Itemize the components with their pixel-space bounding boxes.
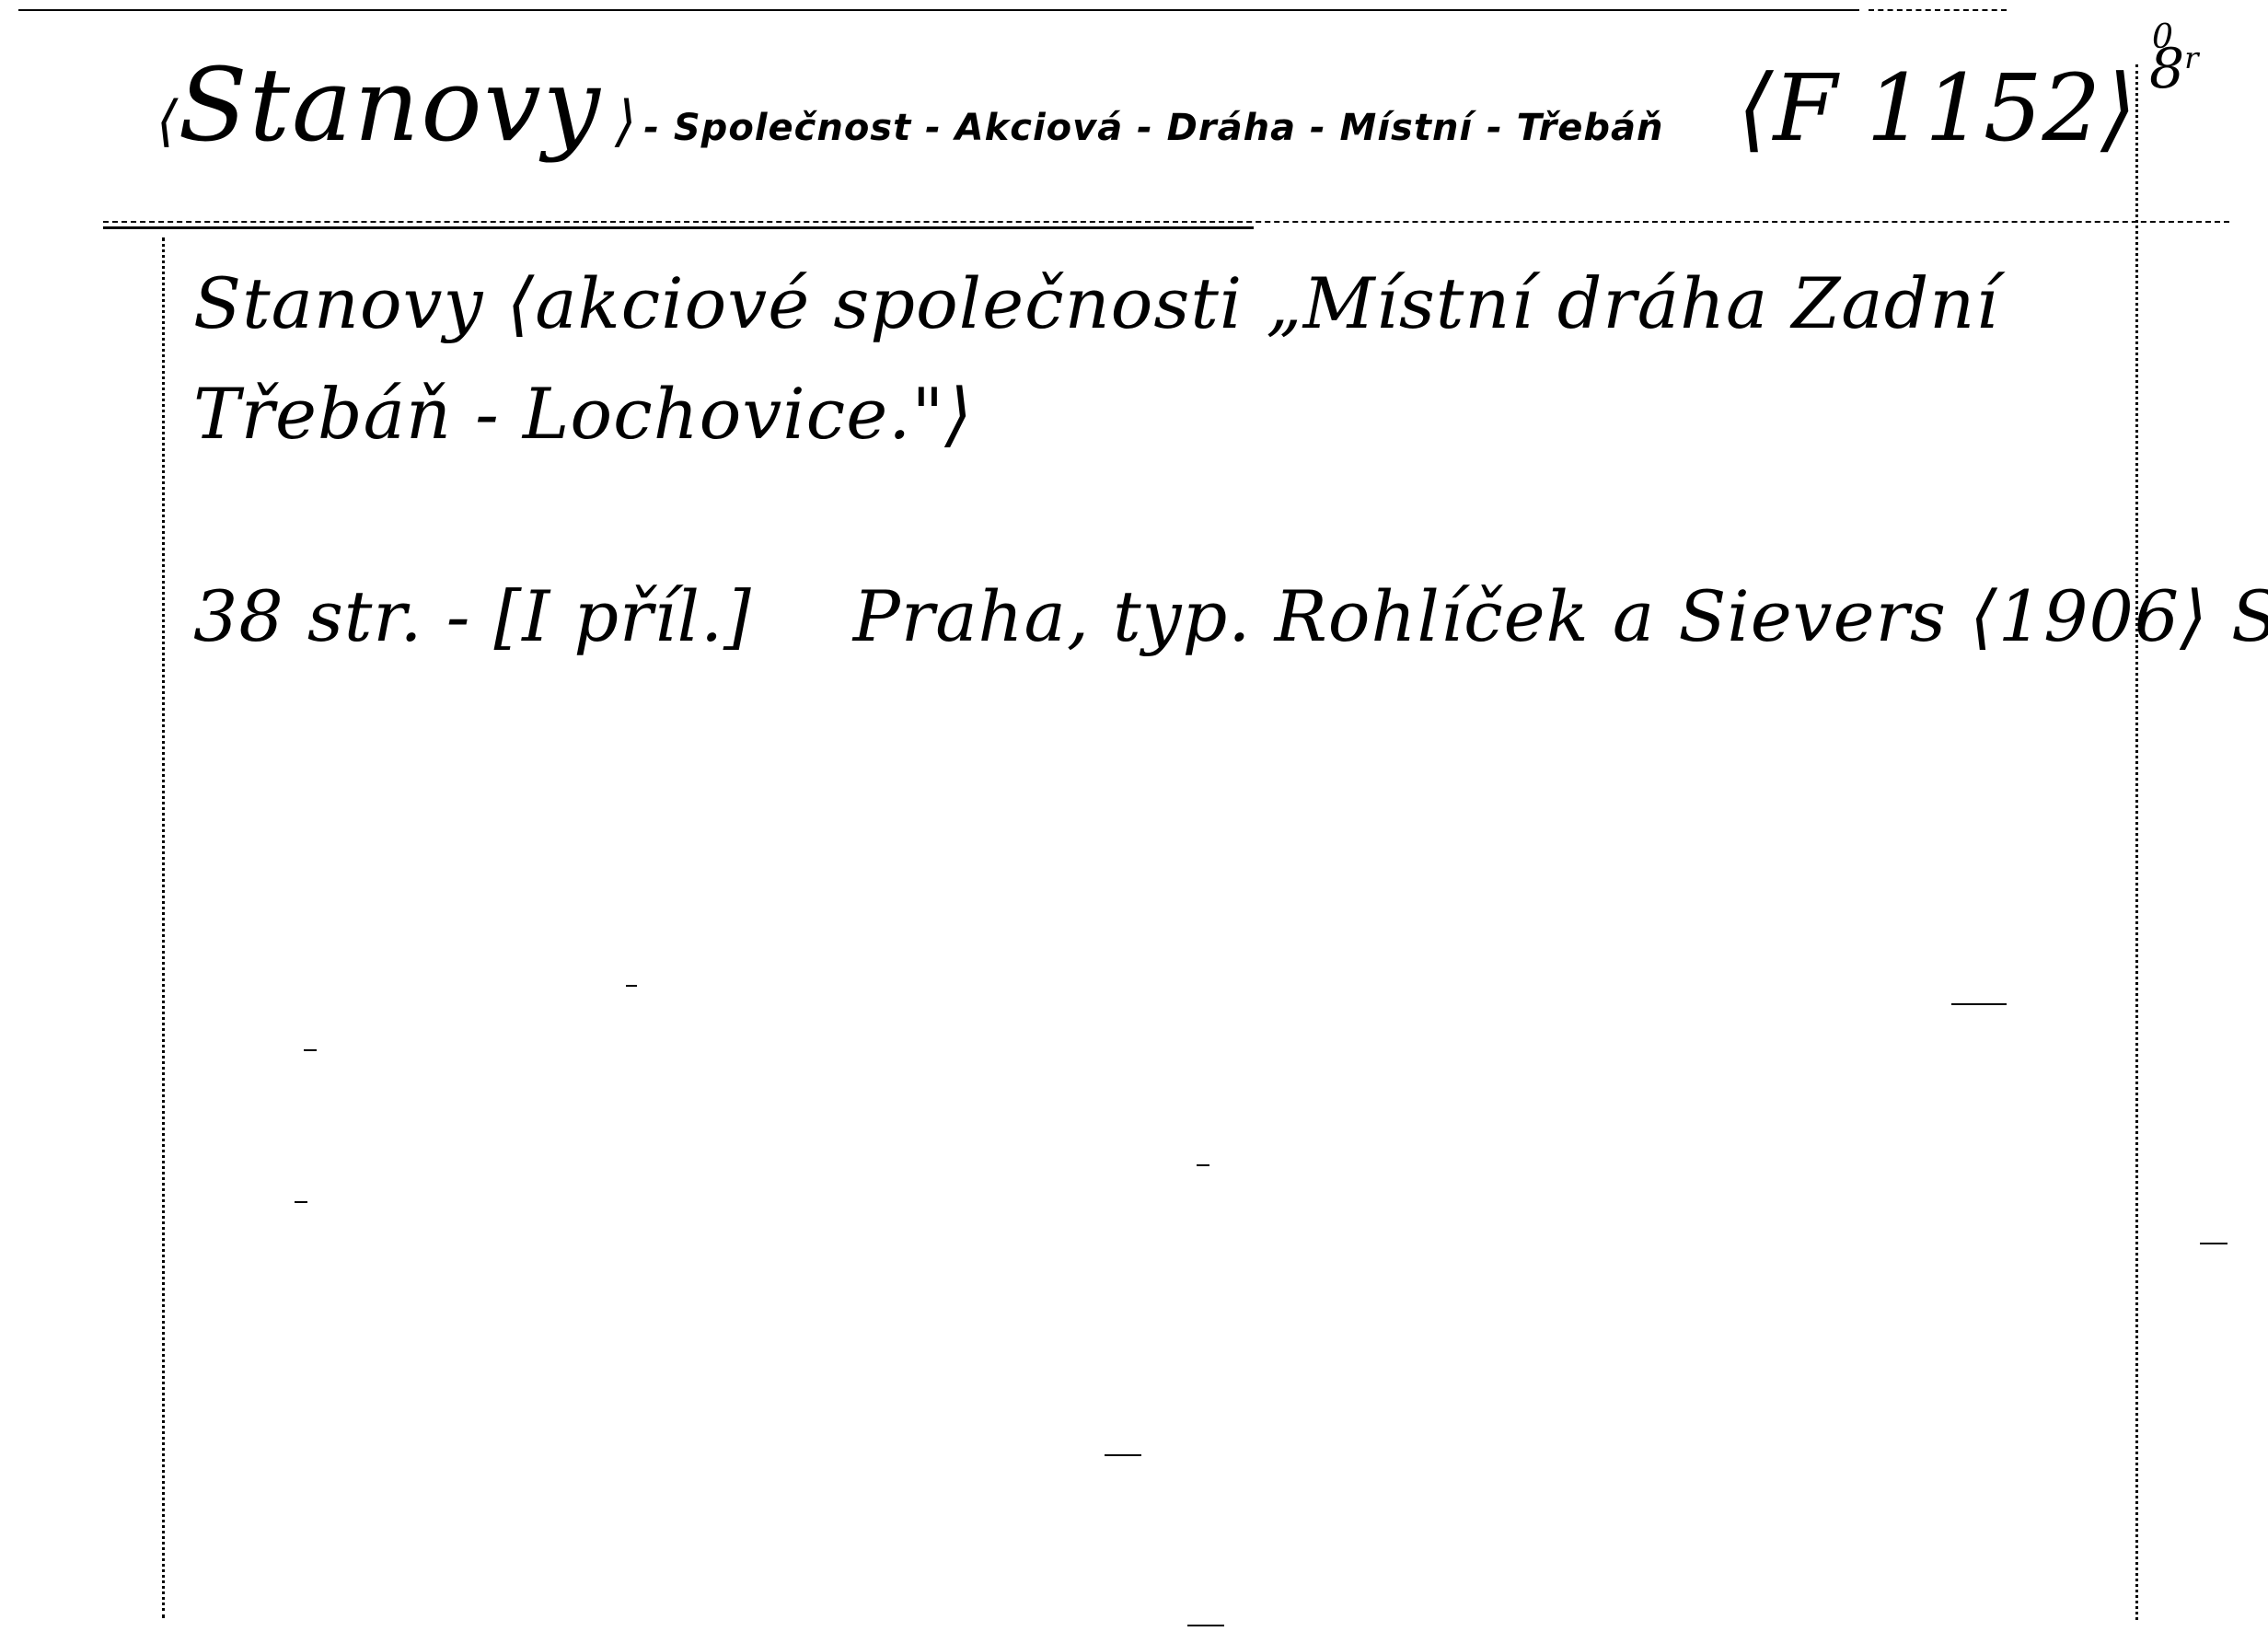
header-divider-dashed bbox=[103, 221, 2229, 223]
bracket-close: ⟩ bbox=[615, 89, 636, 154]
shelfmark: ⟨F 1152⟩ bbox=[1737, 54, 2136, 162]
bracket-open: ⟨ bbox=[156, 89, 178, 154]
catalog-card: ⟨ Stanovy ⟩ - Společnost - Akciová - Drá… bbox=[0, 0, 2268, 1643]
right-margin-dotted-line bbox=[2135, 64, 2138, 1620]
top-rule-dashed bbox=[1869, 9, 2007, 11]
scan-speck bbox=[2200, 1243, 2227, 1244]
card-header: ⟨ Stanovy ⟩ - Společnost - Akciová - Drá… bbox=[156, 46, 2237, 184]
subject-headings: - Společnost - Akciová - Dráha - Místní … bbox=[643, 107, 1663, 149]
scan-speck bbox=[1951, 1003, 2007, 1005]
top-rule bbox=[18, 9, 1859, 11]
format-number: 8 bbox=[2149, 37, 2184, 101]
title-line-2: Třebáň - Lochovice."⟩ bbox=[193, 373, 973, 455]
header-divider-solid bbox=[103, 226, 1254, 229]
left-margin-dotted-line bbox=[162, 237, 165, 1618]
scan-speck bbox=[304, 1049, 317, 1051]
imprint: Praha, typ. Rohlíček a Sievers ⟨1906⟩ St… bbox=[853, 575, 2268, 657]
title-line-1: Stanovy ⟨akciové společnosti „Místní drá… bbox=[193, 262, 1999, 344]
scan-speck bbox=[1197, 1164, 1209, 1166]
scan-speck bbox=[626, 985, 637, 987]
scan-speck bbox=[1105, 1454, 1141, 1456]
scan-speck bbox=[1187, 1625, 1224, 1626]
extent: 38 str. - [I příl.] bbox=[193, 575, 752, 657]
main-heading-title: Stanovy bbox=[178, 46, 602, 164]
scan-speck bbox=[295, 1201, 307, 1203]
imprint-line: 38 str. - [I příl.] Praha, typ. Rohlíček… bbox=[193, 575, 2268, 657]
format-mark: 8r bbox=[2149, 37, 2198, 101]
format-superscript: r bbox=[2184, 40, 2198, 75]
